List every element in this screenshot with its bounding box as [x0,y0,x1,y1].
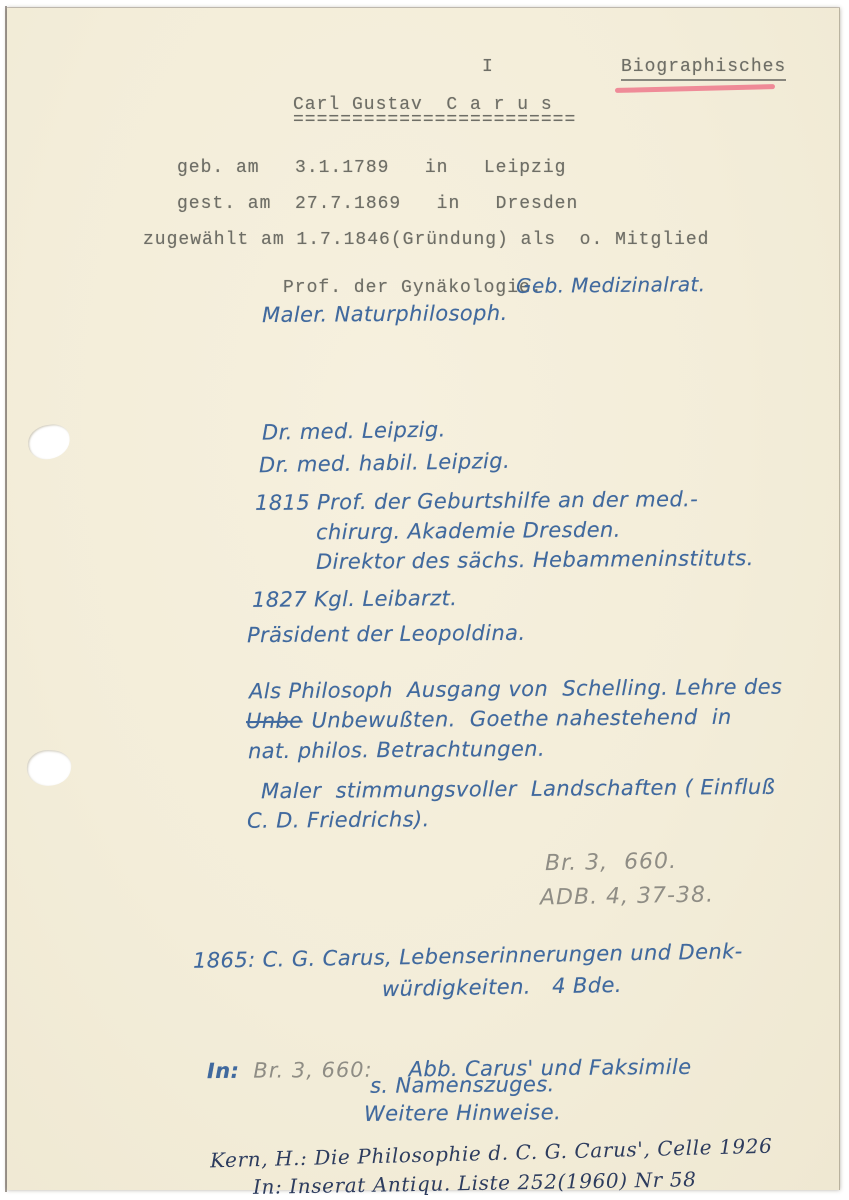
died-line: gest. am 27.7.1869 in Dresden [177,194,578,214]
philosophy-line-3: nat. philos. Betrachtungen. [248,737,545,764]
elected-line: zugewählt am 1.7.1846(Gründung) als o. M… [143,230,709,250]
category-heading: Biographisches [621,57,786,81]
painter-line-2: C. D. Friedrichs). [247,807,430,833]
honorific-note: Geb. Medizinalrat. [516,272,706,298]
career-1815-line-3: Direktor des sächs. Hebammeninstituts. [316,546,754,574]
philosophy-line-2-text: Unbewußten. Goethe nahestehend in [311,705,731,733]
paper-edge-top [7,7,840,8]
president-line: Präsident der Leopoldina. [247,621,526,647]
philosophy-line-2: UnbeUnbewußten. Goethe nahestehend in [246,705,732,733]
pencil-ref-adb: ADB. 4, 37-38. [540,882,714,910]
pencil-ref-br: Br. 3, 660. [545,849,677,876]
struck-word: Unbe [246,709,303,733]
career-1827-line: 1827 Kgl. Leibarzt. [252,586,457,612]
title-underline: ======================== [293,110,576,130]
paper-edge-right [839,8,840,1190]
scanned-document-page: { "header": { "page_number": "I", "categ… [0,0,849,1200]
roles-note: Maler. Naturphilosoph. [262,301,508,327]
philosophy-line-1: Als Philosoph Ausgang von Schelling. Leh… [249,675,783,704]
in-pencil-ref: Br. 3, 660: [253,1058,373,1083]
profession-typed-line: Prof. der Gynäkologie. [283,278,543,298]
doctorate-note-1: Dr. med. Leipzig. [262,417,446,444]
page-number: I [482,57,494,77]
in-description-2: s. Namenszuges. [370,1072,555,1098]
doctorate-note-2: Dr. med. habil. Leipzig. [259,449,510,477]
career-1815-line-2: chirurg. Akademie Dresden. [316,518,621,545]
in-description-3: Weitere Hinweise. [364,1100,561,1126]
in-label: In: [207,1059,240,1083]
paper-edge-left [5,6,7,1192]
work-1865-line-2: würdigkeiten. 4 Bde. [382,973,622,1001]
born-line: geb. am 3.1.1789 in Leipzig [177,158,566,178]
career-1815-line-1: 1815 Prof. der Geburtshilfe an der med.- [255,487,698,515]
painter-line-1: Maler stimmungsvoller Landschaften ( Ein… [261,775,775,803]
